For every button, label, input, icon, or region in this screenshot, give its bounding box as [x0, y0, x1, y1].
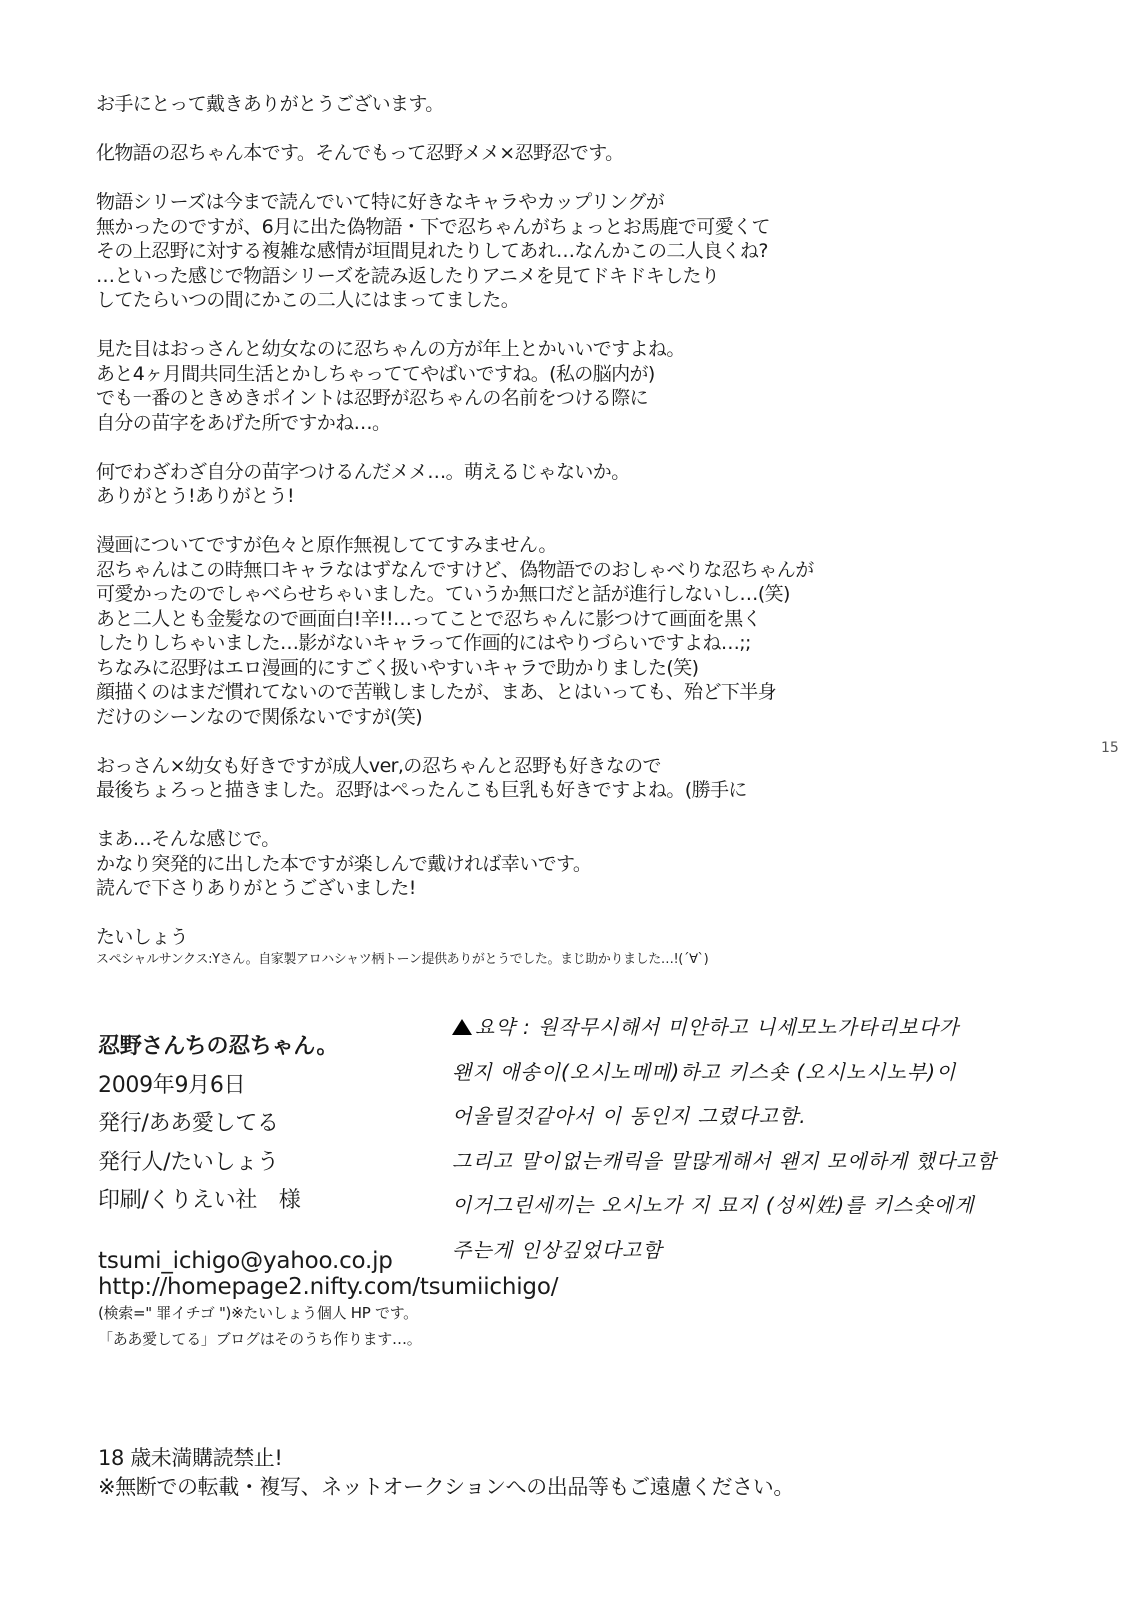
text-line: してたらいつの間にかこの二人にはまってました。	[96, 288, 996, 313]
page-number: 15	[1101, 740, 1119, 756]
text-line: 物語シリーズは今まで読んでいて特に好きなキャラやカップリングが	[96, 190, 996, 215]
paragraph-signature: たいしょう	[96, 925, 996, 950]
paragraph-manga: 漫画についてですが色々と原作無視しててすみません。 忍ちゃんはこの時無口キャラな…	[96, 533, 996, 729]
text-line: 読んで下さりありがとうございました!	[96, 876, 996, 901]
text-line: …といった感じで物語シリーズを読み返したりアニメを見てドキドキしたり	[96, 264, 996, 289]
text-line: 顔描くのはまだ慣れてないので苦戦しましたが、まあ、とはいっても、殆ど下半身	[96, 680, 996, 705]
afterword-text: お手にとって戴きありがとうございます。 化物語の忍ちゃん本です。そんでもって忍野…	[96, 92, 996, 974]
paragraph-closing: まあ…そんな感じで。 かなり突発的に出した本ですが楽しんで戴ければ幸いです。 読…	[96, 827, 996, 901]
text-line: 可愛かったのでしゃべらせちゃいました。ていうか無口だと話が進行しないし…(笑)	[96, 582, 996, 607]
homepage-url[interactable]: http://homepage2.nifty.com/tsumiichigo/	[98, 1274, 558, 1300]
translator-note-line: 요약 : 원작무시해서 미안하고 니세모노가타리보다가	[452, 1005, 997, 1050]
text-line: 忍ちゃんはこの時無口キャラなはずなんですけど、偽物語でのおしゃべりな忍ちゃんが	[96, 558, 996, 583]
text-line: あと二人とも金髪なので画面白!辛!!…ってことで忍ちゃんに影つけて画面を黒く	[96, 607, 996, 632]
text-line: かなり突発的に出した本ですが楽しんで戴ければ幸いです。	[96, 852, 996, 877]
translator-note-line: 주는게 인상깊었다고함	[452, 1228, 997, 1273]
book-title: 忍野さんちの忍ちゃん。	[98, 1028, 338, 1067]
text-line: お手にとって戴きありがとうございます。	[96, 92, 996, 117]
author-signature: たいしょう	[96, 925, 996, 950]
paragraph-surname: 何でわざわざ自分の苗字つけるんだメメ…。萌えるじゃないか。 ありがとう!ありがと…	[96, 460, 996, 509]
text-line: 最後ちょろっと描きました。忍野はぺったんこも巨乳も好きですよね。(勝手に	[96, 778, 996, 803]
special-thanks: スペシャルサンクス:Yさん。自家製アロハシャツ柄トーン提供ありがとうでした。まじ…	[96, 948, 708, 967]
translator-note-line: 왠지 애송이(오시노메메)하고 키스숏 (오시노시노부)이	[452, 1050, 997, 1095]
translator-note-line: 그리고 말이없는캐릭을 말많게해서 왠지 모에하게 했다고함	[452, 1139, 997, 1184]
text-line: したりしちゃいました…影がないキャラって作画的にはやりづらいですよね…;;	[96, 631, 996, 656]
age-restriction: 18 歳未満購読禁止!	[98, 1444, 794, 1473]
reproduction-notice: ※無断での転載・複写、ネットオークションへの出品等もご遠慮ください。	[98, 1473, 794, 1502]
paragraph-series: 物語シリーズは今まで読んでいて特に好きなキャラやカップリングが 無かったのですが…	[96, 190, 996, 313]
publication-date: 2009年9月6日	[98, 1067, 338, 1106]
legal-warning: 18 歳未満購読禁止! ※無断での転載・複写、ネットオークションへの出品等もご遠…	[98, 1444, 794, 1502]
colophon: 忍野さんちの忍ちゃん。 2009年9月6日 発行/ああ愛してる 発行人/たいしょ…	[98, 1028, 338, 1221]
text-line: ちなみに忍野はエロ漫画的にすごく扱いやすいキャラで助かりました(笑)	[96, 656, 996, 681]
text-line: でも一番のときめきポイントは忍野が忍ちゃんの名前をつける際に	[96, 386, 996, 411]
text-line: 見た目はおっさんと幼女なのに忍ちゃんの方が年上とかいいですよね。	[96, 337, 996, 362]
publisher: 発行/ああ愛してる	[98, 1105, 338, 1144]
text-line: 自分の苗字をあげた所ですかね…。	[96, 411, 996, 436]
paragraph-greeting: お手にとって戴きありがとうございます。	[96, 92, 996, 117]
translator-note-line: 어울릴것같아서 이 동인지 그렸다고함.	[452, 1094, 997, 1139]
translator-note-line: 이거그린세끼는 오시노가 지 묘지 (성씨姓)를 키스숏에게	[452, 1183, 997, 1228]
text-line: おっさん×幼女も好きですが成人ver,の忍ちゃんと忍野も好きなので	[96, 754, 996, 779]
text-line: あと4ヶ月間共同生活とかしちゃっててやばいですね。(私の脳内が)	[96, 362, 996, 387]
paragraph-intro: 化物語の忍ちゃん本です。そんでもって忍野メメ×忍野忍です。	[96, 141, 996, 166]
text-line: 化物語の忍ちゃん本です。そんでもって忍野メメ×忍野忍です。	[96, 141, 996, 166]
text-line: 何でわざわざ自分の苗字つけるんだメメ…。萌えるじゃないか。	[96, 460, 996, 485]
text-line: ありがとう!ありがとう!	[96, 484, 996, 509]
paragraph-appearance: 見た目はおっさんと幼女なのに忍ちゃんの方が年上とかいいですよね。 あと4ヶ月間共…	[96, 337, 996, 435]
translator-note: 요약 : 원작무시해서 미안하고 니세모노가타리보다가 왠지 애송이(오시노메메…	[452, 1005, 997, 1272]
paragraph-adult-version: おっさん×幼女も好きですが成人ver,の忍ちゃんと忍野も好きなので 最後ちょろっ…	[96, 754, 996, 803]
blog-note: 「ああ愛してる」ブログはそのうち作ります…。	[98, 1326, 558, 1352]
text-line: その上忍野に対する複雑な感情が垣間見れたりしてあれ…なんかこの二人良くね?	[96, 239, 996, 264]
text-line: まあ…そんな感じで。	[96, 827, 996, 852]
text-line: 無かったのですが、6月に出た偽物語・下で忍ちゃんがちょっとお馬鹿で可愛くて	[96, 215, 996, 240]
triangle-marker-icon	[452, 1019, 472, 1035]
text-line: だけのシーンなので関係ないですが(笑)	[96, 705, 996, 730]
search-note: (検索=" 罪イチゴ ")※たいしょう個人 HP です。	[98, 1300, 558, 1326]
printer: 印刷/くりえい社 様	[98, 1182, 338, 1221]
author: 発行人/たいしょう	[98, 1144, 338, 1183]
text-line: 漫画についてですが色々と原作無視しててすみません。	[96, 533, 996, 558]
